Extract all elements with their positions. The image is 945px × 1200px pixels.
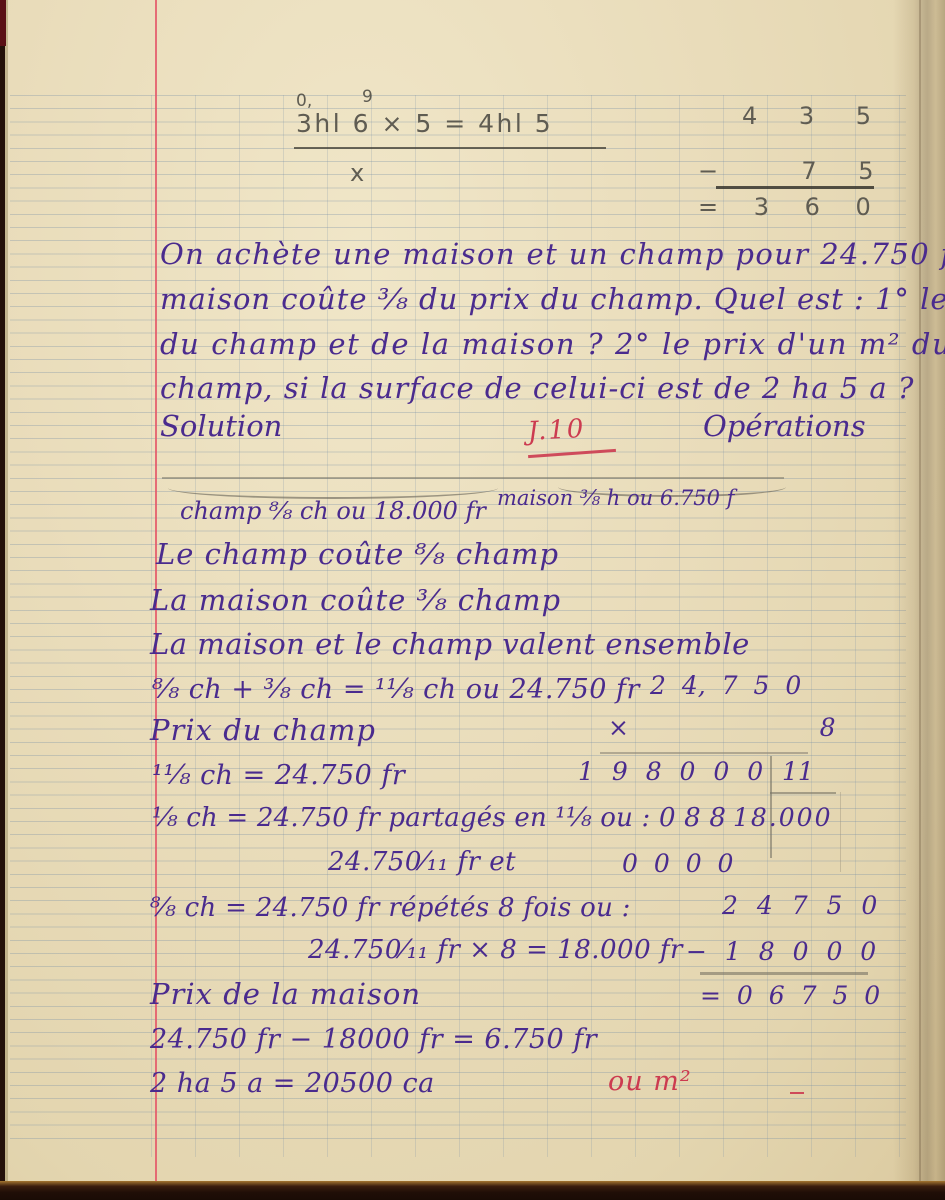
multiplication-underline xyxy=(600,752,808,754)
division-faint-bar xyxy=(840,792,841,872)
ops-remainder: 0 0 0 0 xyxy=(622,850,733,879)
solution-heading: Solution xyxy=(160,410,282,443)
solution-line-7: ¹⁄₈ ch = 24.750 fr partagés en ¹¹⁄₈ ou :… xyxy=(152,804,726,834)
ops-minuend: 2 4 7 5 0 xyxy=(722,892,877,921)
solution-line-10: 24.750⁄₁₁ fr × 8 = 18.000 fr xyxy=(308,936,683,966)
page-left-edge xyxy=(5,0,8,1184)
solution-line-2: La maison coûte ³⁄₈ champ xyxy=(150,584,561,617)
solution-line-3: La maison et le champ valent ensemble xyxy=(150,628,750,661)
solution-line-12: 24.750 fr − 18000 fr = 6.750 fr xyxy=(150,1024,597,1055)
pencil-carry-nine: 9 xyxy=(362,88,373,108)
solution-line-5: Prix du champ xyxy=(150,714,376,747)
brace-arc-champ xyxy=(168,477,498,499)
solution-line-13: 2 ha 5 a = 20500 ca xyxy=(150,1068,435,1099)
notebook-cover-corner xyxy=(0,0,6,46)
pencil-equation: 3hl 6 × 5 = 4hl 5 xyxy=(296,110,553,139)
brace-label-maison: maison ³⁄₈ h ou 6.750 f xyxy=(497,486,734,510)
solution-line-11: Prix de la maison xyxy=(150,978,421,1011)
operations-heading: Opérations xyxy=(703,410,866,443)
solution-line-9: ⁸⁄₈ ch = 24.750 fr répétés 8 fois ou : xyxy=(150,894,631,924)
m2-red-underline xyxy=(790,1092,804,1094)
ops-subtrahend: − 1 8 0 0 0 xyxy=(686,938,876,967)
pencil-subtraction-bar xyxy=(716,186,874,189)
ops-divisor: 11 xyxy=(782,758,814,787)
problem-line-1: On achète une maison et un champ pour 24… xyxy=(160,238,945,271)
solution-line-8: 24.750⁄₁₁ fr et xyxy=(328,848,516,878)
correction-ou-m2: ou m² xyxy=(608,1066,692,1097)
pencil-op-row-3: = 3 6 0 xyxy=(698,194,871,222)
pencil-equation-underline xyxy=(294,147,606,149)
subtraction-bar-2 xyxy=(700,972,868,975)
scan-bottom-edge xyxy=(0,1181,945,1200)
ops-quotient: 18.000 xyxy=(733,804,832,833)
pencil-x-mark: x xyxy=(350,160,364,188)
solution-line-1: Le champ coûte ⁸⁄₈ champ xyxy=(156,538,559,571)
problem-line-2: maison coûte ³⁄₈ du prix du champ. Quel … xyxy=(160,283,945,316)
solution-line-6: ¹¹⁄₈ ch = 24.750 fr xyxy=(152,760,405,791)
problem-line-3: du champ et de la maison ? 2° le prix d'… xyxy=(160,328,945,361)
problem-line-4: champ, si la surface de celui-ci est de … xyxy=(160,372,914,405)
brace-label-champ: champ ⁸⁄₈ ch ou 18.000 fr xyxy=(180,498,486,526)
ops-multiplier: × 8 xyxy=(608,714,836,743)
pencil-op-row-1: 4 3 5 xyxy=(742,103,871,131)
ops-dividend: 1 9 8 0 0 0 xyxy=(578,758,763,787)
notebook-scan: 0,93hl 6 × 5 = 4hl 5x4 3 5− 7 5= 3 6 0On… xyxy=(0,0,945,1200)
pencil-op-row-2: − 7 5 xyxy=(698,158,874,186)
division-quotient-bar xyxy=(770,792,836,794)
solution-line-4: ⁸⁄₈ ch + ³⁄₈ ch = ¹¹⁄₈ ch ou 24.750 fr xyxy=(152,674,640,705)
ops-multiplicand: 2 4, 7 5 0 xyxy=(650,672,801,701)
page-crease xyxy=(919,0,921,1184)
ops-difference: = 0 6 7 5 0 xyxy=(700,982,880,1011)
grade-mark: J.10 xyxy=(527,415,586,448)
